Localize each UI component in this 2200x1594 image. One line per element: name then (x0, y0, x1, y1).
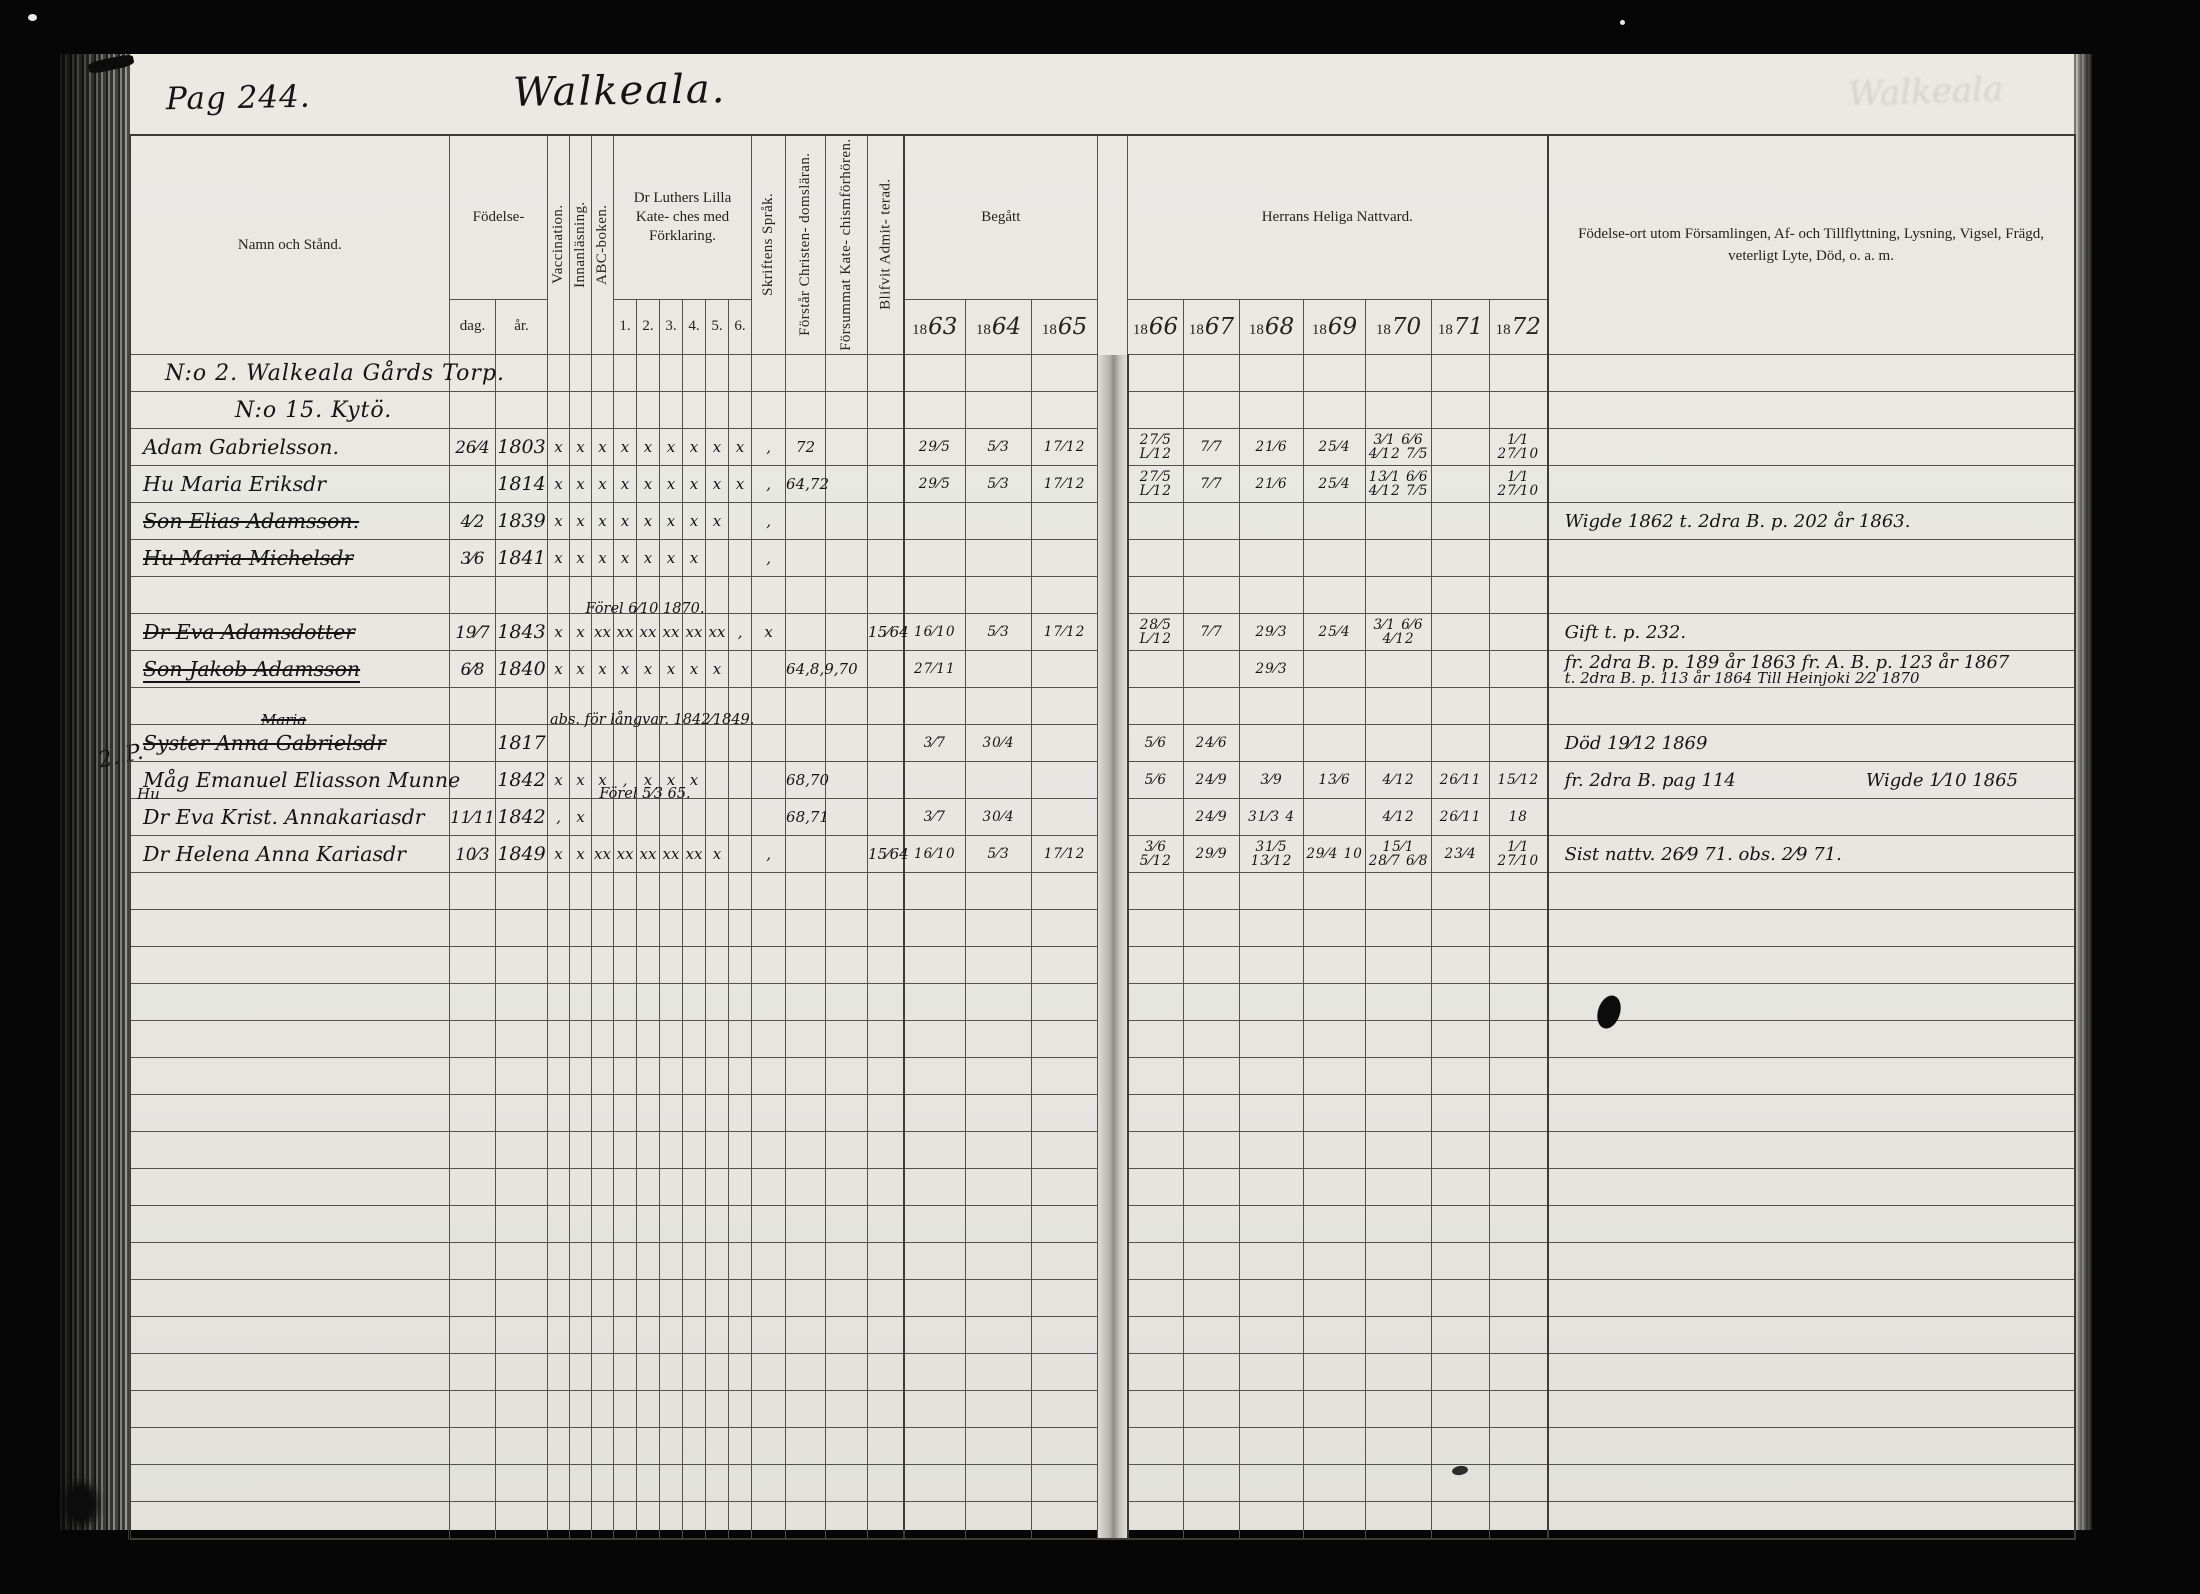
mark-cell (614, 799, 637, 836)
grid-cell: 3⁄7 (904, 725, 966, 762)
grid-cell (1032, 1280, 1098, 1317)
grid-cell (1304, 651, 1366, 688)
mark-cell (706, 355, 729, 392)
grid-cell (1490, 1354, 1548, 1391)
inserted-name-above: Maria (261, 711, 306, 729)
name-cell (130, 1391, 450, 1428)
birth-day-cell (450, 1280, 496, 1317)
birth-year-cell: 1842 (496, 762, 548, 799)
catechism-part-2: 2. (637, 299, 660, 355)
mark-cell (729, 1317, 752, 1354)
mark-cell (786, 355, 826, 392)
grid-cell (1032, 799, 1098, 836)
name-cell (130, 1095, 450, 1132)
mark-cell (706, 1354, 729, 1391)
grid-cell: 5⁄3 (966, 429, 1032, 466)
person-name: Dr Helena Anna Kariasdr (143, 842, 406, 866)
grid-cell (1432, 1095, 1490, 1132)
mark-cell (868, 1317, 904, 1354)
mark-cell (868, 1428, 904, 1465)
mark-cell (592, 873, 614, 910)
mark-cell: x (570, 799, 592, 836)
mark-cell: 15⁄64 (868, 836, 904, 873)
grid-cell: 7⁄7 (1184, 429, 1240, 466)
mark-cell (868, 1132, 904, 1169)
grid-cell (1032, 1169, 1098, 1206)
mark-cell (683, 984, 706, 1021)
mark-cell: ‚ (752, 836, 786, 873)
book-gutter (1098, 873, 1128, 910)
mark-cell (637, 1317, 660, 1354)
grid-cell (1184, 1243, 1240, 1280)
mark-cell: xx (660, 614, 683, 651)
grid-cell (1490, 873, 1548, 910)
birth-year-cell (496, 984, 548, 1021)
mark-cell: x (570, 651, 592, 688)
mark-cell (683, 873, 706, 910)
grid-cell (1432, 1206, 1490, 1243)
grid-cell (1240, 1391, 1304, 1428)
birth-day-cell (450, 1058, 496, 1095)
birth-day-cell: 11⁄11 (450, 799, 496, 836)
grid-cell (1432, 392, 1490, 429)
mark-cell: x (683, 503, 706, 540)
catechism-annotation: Förel 6⁄10 1870. (550, 601, 740, 617)
mark-cell (683, 1502, 706, 1540)
grid-cell: 29⁄9 (1184, 836, 1240, 873)
mark-cell (637, 910, 660, 947)
mark-cell (683, 1280, 706, 1317)
book-gutter (1098, 503, 1128, 540)
grid-cell (1032, 1354, 1098, 1391)
grid-cell (904, 392, 966, 429)
column-header-admitted: Blifvit Admit- terad. (868, 135, 904, 355)
grid-cell (1184, 1317, 1240, 1354)
name-cell: Måg Emanuel Eliasson Munne (130, 762, 450, 799)
name-cell: N:o 15. Kytö. (130, 392, 450, 429)
person-name: Dr Eva Krist. Annakariasdr (143, 805, 425, 829)
mark-cell (868, 873, 904, 910)
grid-cell: 21⁄6 (1240, 466, 1304, 503)
ruled-row (130, 984, 2075, 1021)
notes-cell (1548, 1095, 2075, 1132)
grid-cell: 29⁄5 (904, 466, 966, 503)
mark-cell (752, 947, 786, 984)
notes-cell (1548, 355, 2075, 392)
ruled-row (130, 873, 2075, 910)
column-header-vaccination: Vaccination. (548, 135, 570, 355)
grid-cell (1432, 688, 1490, 725)
grid-cell (1184, 984, 1240, 1021)
grid-cell (1366, 725, 1432, 762)
mark-cell: x (548, 466, 570, 503)
grid-cell (1490, 540, 1548, 577)
year-header-1872: 1872 (1490, 299, 1548, 355)
grid-cell (1184, 1354, 1240, 1391)
mark-cell (660, 1280, 683, 1317)
name-cell: Dr Eva Adamsdotter (130, 614, 450, 651)
grid-cell (1366, 873, 1432, 910)
grid-cell (1128, 1428, 1184, 1465)
register-row: Måg Emanuel Eliasson Munne1842xxx‚xxx68,… (130, 762, 2075, 799)
grid-cell (1128, 910, 1184, 947)
mark-cell (826, 614, 868, 651)
grid-cell (1240, 947, 1304, 984)
grid-cell (1432, 429, 1490, 466)
mark-cell (752, 725, 786, 762)
grid-cell: 17⁄12 (1032, 466, 1098, 503)
mark-cell (660, 1502, 683, 1540)
grid-cell (1032, 577, 1098, 614)
birth-year-cell (496, 1058, 548, 1095)
mark-cell (614, 1354, 637, 1391)
mark-cell (570, 1317, 592, 1354)
mark-cell (660, 984, 683, 1021)
grid-cell (904, 1280, 966, 1317)
mark-cell (752, 1169, 786, 1206)
grid-cell (966, 1058, 1032, 1095)
grid-cell (1032, 1132, 1098, 1169)
birth-year-cell: 1843 (496, 614, 548, 651)
birth-year-cell: 1842 (496, 799, 548, 836)
mark-cell (570, 392, 592, 429)
grid-cell (1240, 910, 1304, 947)
grid-cell: 26⁄11 (1432, 762, 1490, 799)
mark-cell (868, 466, 904, 503)
grid-cell (1432, 577, 1490, 614)
grid-cell (1490, 577, 1548, 614)
mark-cell (683, 392, 706, 429)
notes-second-line: t. 2dra B. p. 113 år 1864 Till Heinjoki … (1565, 669, 2074, 687)
grid-cell (1366, 577, 1432, 614)
grid-cell (1032, 355, 1098, 392)
year-header-1865: 1865 (1032, 299, 1098, 355)
grid-cell (1184, 1095, 1240, 1132)
grid-cell (1366, 540, 1432, 577)
mark-cell (683, 1132, 706, 1169)
grid-cell (1432, 1243, 1490, 1280)
grid-cell (1304, 1206, 1366, 1243)
birth-year-cell (496, 1206, 548, 1243)
mark-cell (729, 540, 752, 577)
book-gutter (1098, 1428, 1128, 1465)
mark-cell (706, 1317, 729, 1354)
grid-cell (1366, 1391, 1432, 1428)
mark-cell (729, 651, 752, 688)
grid-cell (1128, 688, 1184, 725)
ruled-row (130, 947, 2075, 984)
ruled-row (130, 910, 2075, 947)
mark-cell (706, 984, 729, 1021)
mark-cell: x (570, 429, 592, 466)
mark-cell (570, 1021, 592, 1058)
mark-cell (826, 984, 868, 1021)
grid-cell (1432, 1428, 1490, 1465)
grid-cell (1304, 1132, 1366, 1169)
mark-cell (786, 1391, 826, 1428)
grid-cell (1128, 984, 1184, 1021)
grid-cell (1240, 503, 1304, 540)
grid-cell (966, 503, 1032, 540)
mark-cell: 72 (786, 429, 826, 466)
mark-cell (614, 1465, 637, 1502)
mark-cell (592, 947, 614, 984)
mark-cell (592, 1132, 614, 1169)
mark-cell (548, 947, 570, 984)
mark-cell (729, 1354, 752, 1391)
birth-year-cell (496, 947, 548, 984)
mark-cell (752, 1021, 786, 1058)
grid-cell (1128, 1465, 1184, 1502)
mark-cell: x (592, 651, 614, 688)
ruled-row (130, 1243, 2075, 1280)
birth-day-cell (450, 984, 496, 1021)
grid-cell (1128, 540, 1184, 577)
grid-cell: 5⁄6 (1128, 762, 1184, 799)
grid-cell (904, 1502, 966, 1540)
grid-cell (966, 984, 1032, 1021)
mark-cell (570, 1206, 592, 1243)
mark-cell: xx (592, 836, 614, 873)
mark-cell (786, 1021, 826, 1058)
name-cell (130, 1280, 450, 1317)
parish-register-table: Namn och Stånd. Födelse- Vaccination. In… (128, 134, 2076, 1540)
mark-cell (826, 392, 868, 429)
mark-cell (868, 503, 904, 540)
grid-cell (1032, 540, 1098, 577)
mark-cell (868, 1169, 904, 1206)
church-book-spread: Walkeala Pag 244. Walkeala. 2. P. Namn o… (58, 54, 2092, 1530)
ruled-row: N:o 2. Walkeala Gårds Torp. (130, 355, 2075, 392)
mark-cell (752, 1095, 786, 1132)
notes-cell (1548, 1317, 2075, 1354)
ruled-row (130, 1391, 2075, 1428)
birth-day-cell (450, 1095, 496, 1132)
column-header-missed-exams: Försummat Kate- chismförhören. (826, 135, 868, 355)
mark-cell (683, 1243, 706, 1280)
catechism-part-5: 5. (706, 299, 729, 355)
grid-cell (1032, 1058, 1098, 1095)
mark-cell (614, 1428, 637, 1465)
birth-day-cell (450, 392, 496, 429)
mark-cell (548, 1391, 570, 1428)
birth-day-cell: 19⁄7 (450, 614, 496, 651)
column-header-catechism: Dr Luthers Lilla Kate- ches med Förklari… (614, 135, 752, 299)
grid-cell (1184, 1502, 1240, 1540)
book-gutter (1098, 1169, 1128, 1206)
mark-cell (786, 1206, 826, 1243)
grid-cell (966, 1280, 1032, 1317)
grid-cell (1366, 1058, 1432, 1095)
mark-cell: x (592, 540, 614, 577)
birth-day-cell (450, 1428, 496, 1465)
grid-cell (1128, 355, 1184, 392)
name-cell: N:o 2. Walkeala Gårds Torp. (130, 355, 450, 392)
grid-cell (904, 1465, 966, 1502)
grid-cell (1432, 1317, 1490, 1354)
grid-cell: 31⁄5 13⁄12 (1240, 836, 1304, 873)
mark-cell (752, 984, 786, 1021)
mark-cell (592, 1206, 614, 1243)
mark-cell (752, 1206, 786, 1243)
grid-cell (1304, 984, 1366, 1021)
birth-day-cell (450, 1243, 496, 1280)
mark-cell: x (660, 651, 683, 688)
mark-cell: x (570, 614, 592, 651)
mark-cell (786, 873, 826, 910)
mark-cell (729, 1021, 752, 1058)
mark-cell: ‚ (752, 466, 786, 503)
mark-cell (826, 1354, 868, 1391)
mark-cell (570, 1391, 592, 1428)
mark-cell: x (729, 429, 752, 466)
grid-cell (1032, 1243, 1098, 1280)
mark-cell (637, 1465, 660, 1502)
birth-year-cell (496, 1243, 548, 1280)
grid-cell (1240, 540, 1304, 577)
birth-year-cell (496, 1132, 548, 1169)
grid-cell (1184, 688, 1240, 725)
inserted-name-above: Hu (137, 785, 160, 803)
grid-cell (1366, 1317, 1432, 1354)
grid-cell: 5⁄3 (966, 836, 1032, 873)
grid-cell (966, 1428, 1032, 1465)
birth-day-cell (450, 1169, 496, 1206)
mark-cell (826, 1021, 868, 1058)
mark-cell (826, 873, 868, 910)
grid-cell (1366, 651, 1432, 688)
column-header-communion: Herrans Heliga Nattvard. (1128, 135, 1548, 299)
column-header-notes: Födelse-ort utom Församlingen, Af- och T… (1548, 135, 2075, 355)
mark-cell: x (548, 429, 570, 466)
mark-cell (786, 1354, 826, 1391)
mark-cell (786, 392, 826, 429)
mark-cell (614, 910, 637, 947)
mark-cell (729, 1243, 752, 1280)
register-row: Syster Anna GabrielsdrMaria1817abs. för … (130, 725, 2075, 762)
grid-cell (1490, 1465, 1548, 1502)
notes-cell (1548, 947, 2075, 984)
grid-cell (1032, 1021, 1098, 1058)
mark-cell (592, 1058, 614, 1095)
mark-cell (683, 910, 706, 947)
mark-cell: x (637, 466, 660, 503)
book-gutter (1098, 429, 1128, 466)
mark-cell (868, 1465, 904, 1502)
mark-cell (614, 1502, 637, 1540)
grid-cell (904, 1021, 966, 1058)
grid-cell (1304, 1317, 1366, 1354)
mark-cell: 15⁄64 (868, 614, 904, 651)
catechism-annotation: Förel 5⁄3 65. (550, 786, 740, 802)
name-cell: Dr Eva Krist. AnnakariasdrHu (130, 799, 450, 836)
grid-cell (1304, 1354, 1366, 1391)
book-gutter (1098, 799, 1128, 836)
mark-cell (826, 688, 868, 725)
birth-year-cell (496, 873, 548, 910)
grid-cell (1128, 1243, 1184, 1280)
grid-cell (966, 910, 1032, 947)
mark-cell (868, 725, 904, 762)
name-cell (130, 1132, 450, 1169)
mark-cell (548, 1280, 570, 1317)
notes-cell (1548, 1465, 2075, 1502)
ruled-row (130, 1428, 2075, 1465)
name-cell (130, 1058, 450, 1095)
mark-cell (614, 873, 637, 910)
mark-cell (570, 1058, 592, 1095)
grid-cell (1128, 1502, 1184, 1540)
grid-cell: 5⁄3 (966, 466, 1032, 503)
grid-cell: 4⁄12 (1366, 762, 1432, 799)
mark-cell (592, 1428, 614, 1465)
book-gutter (1098, 1095, 1128, 1132)
page-stack-edge-left (58, 54, 130, 1530)
mark-cell (592, 1243, 614, 1280)
book-gutter (1098, 577, 1128, 614)
notes-cell: fr. 2dra B. pag 114Wigde 1⁄10 1865 (1548, 762, 2075, 799)
mark-cell (826, 910, 868, 947)
mark-cell: x (660, 503, 683, 540)
grid-cell (1490, 1243, 1548, 1280)
grid-cell (1128, 1169, 1184, 1206)
mark-cell (729, 1280, 752, 1317)
grid-cell (1240, 1243, 1304, 1280)
mark-cell (683, 1206, 706, 1243)
grid-cell (1184, 540, 1240, 577)
mark-cell: xx (637, 614, 660, 651)
grid-cell: 29⁄4 10 (1304, 836, 1366, 873)
mark-cell (614, 725, 637, 762)
grid-cell: 4⁄12 (1366, 799, 1432, 836)
notes-cell (1548, 799, 2075, 836)
mark-cell (614, 392, 637, 429)
mark-cell (660, 1243, 683, 1280)
mark-cell (592, 1391, 614, 1428)
name-cell (130, 1502, 450, 1540)
mark-cell (592, 1502, 614, 1540)
grid-cell (966, 688, 1032, 725)
mark-cell (683, 1169, 706, 1206)
grid-cell (1432, 1132, 1490, 1169)
person-name: Måg Emanuel Eliasson Munne (143, 768, 460, 792)
grid-cell (1304, 577, 1366, 614)
mark-cell (637, 1206, 660, 1243)
mark-cell (660, 1354, 683, 1391)
mark-cell: x (637, 651, 660, 688)
grid-cell (904, 1428, 966, 1465)
notes-cell (1548, 688, 2075, 725)
name-cell (130, 1354, 450, 1391)
book-gutter (1098, 1391, 1128, 1428)
column-header-scripture: Skriftens Språk. (752, 135, 786, 355)
book-gutter (1098, 1058, 1128, 1095)
grid-cell: 13⁄1 6⁄6 4⁄12 7⁄5 (1366, 466, 1432, 503)
grid-cell: 3⁄1 6⁄6 4⁄12 (1366, 614, 1432, 651)
film-speck (1620, 20, 1625, 25)
book-gutter (1098, 1354, 1128, 1391)
mark-cell (637, 1021, 660, 1058)
mark-cell (614, 1095, 637, 1132)
mark-cell (729, 355, 752, 392)
mark-cell (826, 1280, 868, 1317)
ruled-row (130, 1465, 2075, 1502)
mark-cell (729, 947, 752, 984)
grid-cell (1240, 1021, 1304, 1058)
name-cell (130, 1169, 450, 1206)
name-cell (130, 1465, 450, 1502)
mark-cell: x (729, 466, 752, 503)
